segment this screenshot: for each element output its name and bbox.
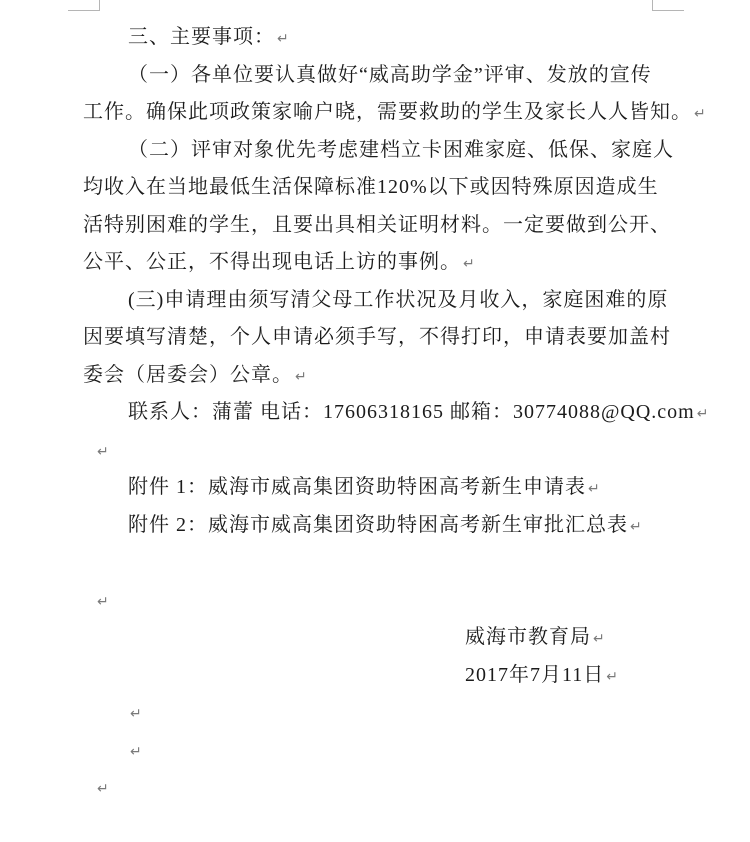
pilcrow-mark: ↵: [277, 31, 289, 47]
signature-org-line: 威海市教育局↵: [83, 619, 673, 657]
pilcrow-mark: ↵: [694, 106, 706, 122]
pilcrow-mark: ↵: [130, 744, 142, 760]
pilcrow-mark: ↵: [295, 369, 307, 385]
attachment2-line: 附件 2：威海市威高集团资助特困高考新生审批汇总表↵: [83, 507, 673, 545]
spacer-line: [83, 544, 673, 582]
empty-paragraph: ↵: [83, 769, 673, 807]
line-text: 因要填写清楚，个人申请必须手写，不得打印，申请表要加盖村: [83, 326, 671, 348]
line-text: 均收入在当地最低生活保障标准120%以下或因特殊原因造成生: [83, 176, 659, 198]
pilcrow-mark: ↵: [130, 706, 142, 722]
document-page: 三、主要事项：↵ （一）各单位要认真做好“威高助学金”评审、发放的宣传 工作。确…: [0, 0, 750, 842]
line-text: 附件 1：威海市威高集团资助特困高考新生申请表: [128, 476, 586, 498]
pilcrow-mark: ↵: [97, 781, 109, 797]
pilcrow-mark: ↵: [697, 406, 709, 422]
para1-line2: 工作。确保此项政策家喻户晓，需要救助的学生及家长人人皆知。↵: [83, 94, 673, 132]
line-text: (三)申请理由须写清父母工作状况及月收入，家庭困难的原: [128, 289, 668, 311]
pilcrow-mark: ↵: [97, 444, 109, 460]
pilcrow-mark: ↵: [588, 481, 600, 497]
margin-crop-mark-left: [68, 0, 100, 11]
line-text: 三、主要事项：: [128, 26, 275, 48]
signature-date-line: 2017年7月11日↵: [83, 657, 673, 695]
para3-line2: 因要填写清楚，个人申请必须手写，不得打印，申请表要加盖村: [83, 319, 673, 357]
para3-line3: 委会（居委会）公章。↵: [83, 357, 673, 395]
para2-line4: 公平、公正，不得出现电话上访的事例。↵: [83, 244, 673, 282]
para2-line3: 活特别困难的学生，且要出具相关证明材料。一定要做到公开、: [83, 207, 673, 245]
empty-paragraph: ↵: [83, 694, 673, 732]
empty-paragraph: ↵: [83, 732, 673, 770]
line-text: （一）各单位要认真做好“威高助学金”评审、发放的宣传: [128, 64, 652, 86]
line-text: 2017年7月11日: [465, 664, 604, 686]
line-text: 工作。确保此项政策家喻户晓，需要救助的学生及家长人人皆知。: [83, 101, 692, 123]
pilcrow-mark: ↵: [463, 256, 475, 272]
margin-crop-mark-right: [652, 0, 684, 11]
para2-line2: 均收入在当地最低生活保障标准120%以下或因特殊原因造成生: [83, 169, 673, 207]
contact-line: 联系人：蒲蕾 电话：17606318165 邮箱：30774088@QQ.com…: [83, 394, 673, 432]
line-text: 委会（居委会）公章。: [83, 364, 293, 386]
pilcrow-mark: ↵: [593, 631, 605, 647]
line-text: （二）评审对象优先考虑建档立卡困难家庭、低保、家庭人: [128, 139, 674, 161]
para2-line1: （二）评审对象优先考虑建档立卡困难家庭、低保、家庭人: [83, 132, 673, 170]
empty-paragraph: ↵: [83, 582, 673, 620]
line-text: 联系人：蒲蕾 电话：17606318165 邮箱：30774088@QQ.com: [128, 401, 695, 423]
line-text: 附件 2：威海市威高集团资助特困高考新生审批汇总表: [128, 514, 628, 536]
attachment1-line: 附件 1：威海市威高集团资助特困高考新生申请表↵: [83, 469, 673, 507]
document-content: 三、主要事项：↵ （一）各单位要认真做好“威高助学金”评审、发放的宣传 工作。确…: [83, 19, 673, 807]
line-text: 活特别困难的学生，且要出具相关证明材料。一定要做到公开、: [83, 214, 671, 236]
line-text: 公平、公正，不得出现电话上访的事例。: [83, 251, 461, 273]
pilcrow-mark: ↵: [606, 669, 618, 685]
para1-line1: （一）各单位要认真做好“威高助学金”评审、发放的宣传: [83, 57, 673, 95]
pilcrow-mark: ↵: [630, 519, 642, 535]
line-text: 威海市教育局: [465, 626, 591, 648]
pilcrow-mark: ↵: [97, 594, 109, 610]
section-heading-line: 三、主要事项：↵: [83, 19, 673, 57]
empty-paragraph: ↵: [83, 432, 673, 470]
para3-line1: (三)申请理由须写清父母工作状况及月收入，家庭困难的原: [83, 282, 673, 320]
